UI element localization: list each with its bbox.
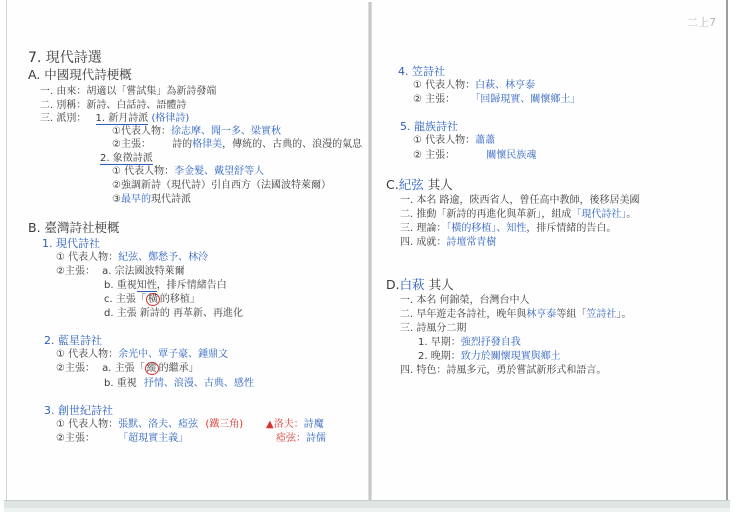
section-c-heading: C.紀弦 其人: [386, 178, 453, 192]
page-number: 二上7: [687, 14, 716, 30]
section-d-heading: D.白萩 其人: [386, 278, 454, 292]
names-line: 二. 別稱：新詩、白話詩、語體詩: [40, 100, 186, 112]
school2-people: ① 代表人物：李金髮、戴望舒等人: [112, 166, 264, 178]
school2-note2: ②強調新詩（現代詩）引自西方（法國波特萊爾）: [112, 180, 331, 192]
baiqiu-line-4: 四. 特色：詩風多元，勇於嘗試新形式和語言。: [400, 365, 606, 377]
jixian-line-3: 三. 理論：「橫的移植」、知性，排斥情緒的告白。: [400, 223, 616, 235]
baiqiu-line-2: 二. 早年遊走各詩社，晚年與林亨泰等組「笠詩社」。: [400, 309, 631, 321]
page-bottom-shadow: [4, 508, 730, 512]
school2-name: 2. 象徵詩派: [100, 153, 153, 165]
origin-line: 一. 由來：胡適以「嘗試集」為新詩發端: [40, 86, 216, 98]
society2-claim-a: ②主張： a. 主張「縱的繼承」: [56, 363, 199, 375]
society2-people: ① 代表人物：余光中、覃子豪、鍾鼎文: [56, 349, 228, 361]
society4-claim: ② 主張： 「回歸現實、關懷鄉土」: [413, 94, 580, 106]
society5-people: ① 代表人物：蕭蕭: [413, 135, 495, 147]
society1-claim-c: c. 主張「橫的移植」: [104, 294, 200, 306]
society2-name: 2. 藍星詩社: [44, 335, 102, 347]
section-title: 7. 現代詩選: [28, 50, 102, 66]
society1-claim-d: d. 主張 新詩的 再革新、再進化: [104, 308, 243, 320]
society3-name: 3. 創世紀詩社: [44, 405, 113, 417]
school2-note3: ③最早的現代詩派: [112, 194, 191, 206]
society5-name: 5. 龍族詩社: [400, 121, 458, 134]
society3-people: ① 代表人物：張默、洛夫、瘂弦 (鐵三角): [56, 419, 243, 431]
school1-claim: ②主張： 詩的格律美，傳統的、古典的、浪漫的氣息: [112, 139, 362, 151]
society4-people: ① 代表人物：白萩、林亨泰: [413, 80, 535, 92]
jixian-line-2: 二. 推動「新詩的再進化與革新」，組成「現代詩社」。: [400, 209, 636, 221]
school1-alias: (格律詩): [151, 113, 189, 124]
society2-claim-b: b. 重視 抒情、浪漫、古典、感性: [104, 378, 254, 390]
yaxian-nickname: 瘂弦：詩儒: [276, 433, 326, 445]
jixian-line-4: 四. 成就：詩壇常青樹: [400, 237, 496, 249]
notebook-spine: [368, 2, 372, 502]
baiqiu-late-period: 2. 晚期：致力於關懷現實與鄉土: [418, 351, 561, 363]
society5-claim: ② 主張： 關懷民族魂: [413, 150, 536, 162]
society1-claim-b: b. 重視知性，排斥情緒告白: [104, 280, 227, 292]
society4-name: 4. 笠詩社: [398, 66, 445, 79]
jixian-line-1: 一. 本名 路逾，陝西省人，曾任高中教師，後移居美國: [400, 195, 640, 207]
baiqiu-line-1: 一. 本名 何錦榮，台灣台中人: [400, 295, 530, 307]
society3-claim: ②主張： 「超現實主義」: [56, 433, 188, 445]
school1-name: 1. 新月詩派: [96, 113, 149, 125]
section-b-heading: B. 臺灣詩社梗概: [28, 221, 120, 235]
schools-line: 三. 派別： 1. 新月詩派 (格律詩): [40, 113, 189, 125]
society1-people: ① 代表人物：紀弦、鄭愁予、林泠: [56, 252, 208, 264]
baiqiu-line-3: 三. 詩風分二期: [400, 323, 466, 335]
notebook-spread: 二上7 7. 現代詩選 A. 中國現代詩梗概 一. 由來：胡適以「嘗試集」為新詩…: [0, 0, 740, 523]
society1-claim-a: ②主張： a. 宗法國波特萊爾: [56, 266, 185, 278]
baiqiu-early-period: 1. 早期：強烈抒發自我: [418, 337, 521, 349]
section-a-heading: A. 中國現代詩梗概: [28, 68, 132, 82]
luofu-nickname: ▲洛夫：詩魔: [266, 419, 324, 431]
society1-name: 1. 現代詩社: [42, 238, 100, 250]
school1-people: ①代表人物：徐志摩、聞一多、梁實秋: [112, 126, 281, 138]
